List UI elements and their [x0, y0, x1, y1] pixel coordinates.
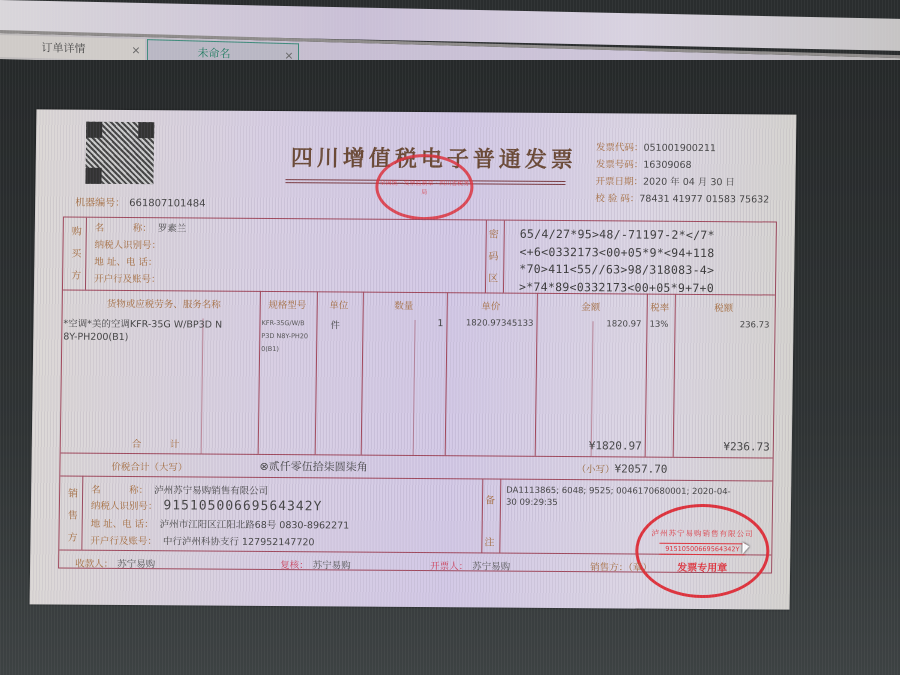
buyer-name: 名 称：罗素兰 — [95, 220, 187, 235]
buyer-side-label: 购买方 — [69, 222, 84, 288]
password-side-label: 密码区 — [486, 225, 501, 291]
buyer-address-phone: 地 址、电 话： — [94, 254, 163, 268]
grand-total-label: 价税合计（大写） — [111, 459, 187, 474]
invoice-meta: 发票代码：051001900211 发票号码：16309068 开票日期：202… — [595, 139, 770, 208]
subtotal-tax: ¥236.73 — [682, 440, 770, 454]
item-name-line2: 8Y-PH200(B1) — [63, 332, 128, 343]
tab-label: 订单详情 — [0, 38, 127, 58]
seller-invoice-stamp: 泸州苏宁易购销售有限公司 91510500669564342Y 发票专用章 — [635, 504, 770, 599]
remarks-side-label: 备注 — [482, 490, 497, 554]
qr-code-icon — [85, 122, 154, 184]
tab-order-details[interactable]: 订单详情 × — [0, 35, 145, 61]
subtotal-label: 合 计 — [132, 436, 180, 450]
col-header-tax: 税额 — [674, 300, 774, 315]
item-unit: 件 — [330, 317, 340, 331]
buyer-tax-id: 纳税人识别号： — [94, 237, 167, 252]
subtotal-amount: ¥1820.97 — [562, 439, 642, 453]
item-name-line1: *空调*美的空调KFR-35G W/BP3D N — [63, 316, 222, 331]
col-header-tax-rate: 税率 — [646, 300, 674, 314]
item-tax: 236.73 — [693, 320, 769, 331]
seller-seal-label: 销售方：（章） — [590, 559, 656, 573]
machine-number: 机器编号：661807101484 — [75, 194, 206, 210]
issuer: 开票人：苏宁易购 — [430, 558, 510, 573]
buyer-bank-account: 开户行及账号： — [94, 271, 167, 286]
col-header-spec: 规格型号 — [259, 297, 316, 311]
tax-bureau-stamp: 全国统一发票监制章 · 四川省税务局 — [375, 154, 474, 221]
col-header-unit: 单位 — [316, 297, 362, 311]
item-quantity: 1 — [373, 318, 443, 329]
col-header-unit-price: 单价 — [446, 298, 536, 313]
crossed-circle-icon: ⊗ — [259, 460, 268, 473]
invoice-number: 发票号码：16309068 — [596, 156, 770, 174]
item-unit-price: 1820.97345133 — [451, 318, 533, 329]
issue-date: 开票日期：2020 年 04 月 30 日 — [595, 173, 769, 191]
col-header-name: 货物或应税劳务、服务名称 — [79, 296, 249, 311]
item-amount: 1820.97 — [573, 319, 641, 329]
item-spec: KFR-35G/W/B P3D N8Y-PH20 0(B1) — [261, 317, 308, 356]
seller-address-phone: 地 址、电 话：泸州市江阳区江阳北路68号 0830-8962271 — [91, 516, 350, 532]
seller-bank-account: 开户行及账号：中行泸州科协支行 127952147720 — [90, 533, 314, 549]
mouse-cursor-icon — [742, 542, 749, 554]
invoice-code: 发票代码：051001900211 — [596, 139, 770, 157]
col-header-quantity: 数量 — [362, 298, 446, 313]
reviewer: 复核：苏宁易购 — [280, 557, 351, 571]
payee: 收款人：苏宁易购 — [75, 556, 155, 571]
grand-total-words: ⊗贰仟零伍拾柒圆柒角 — [259, 458, 367, 475]
cipher-text: 65/4/27*95>48/-71197-2*</7* <+6<0332173<… — [519, 226, 715, 297]
close-icon[interactable]: × — [127, 43, 145, 57]
seller-tax-id: 纳税人识别号：91510500669564342Y — [91, 498, 323, 515]
check-code: 校 验 码：78431 41977 01583 75632 — [595, 190, 769, 208]
invoice-document: 机器编号：661807101484 四川增值税电子普通发票 发票代码：05100… — [30, 109, 797, 609]
col-header-amount: 金额 — [536, 299, 646, 314]
item-tax-rate: 13% — [649, 320, 668, 330]
seller-side-label: 销售方 — [65, 484, 80, 550]
grand-total-small: （小写）¥2057.70 — [576, 461, 667, 476]
seller-name: 名 称：泸州苏宁易购销售有限公司 — [91, 482, 268, 497]
